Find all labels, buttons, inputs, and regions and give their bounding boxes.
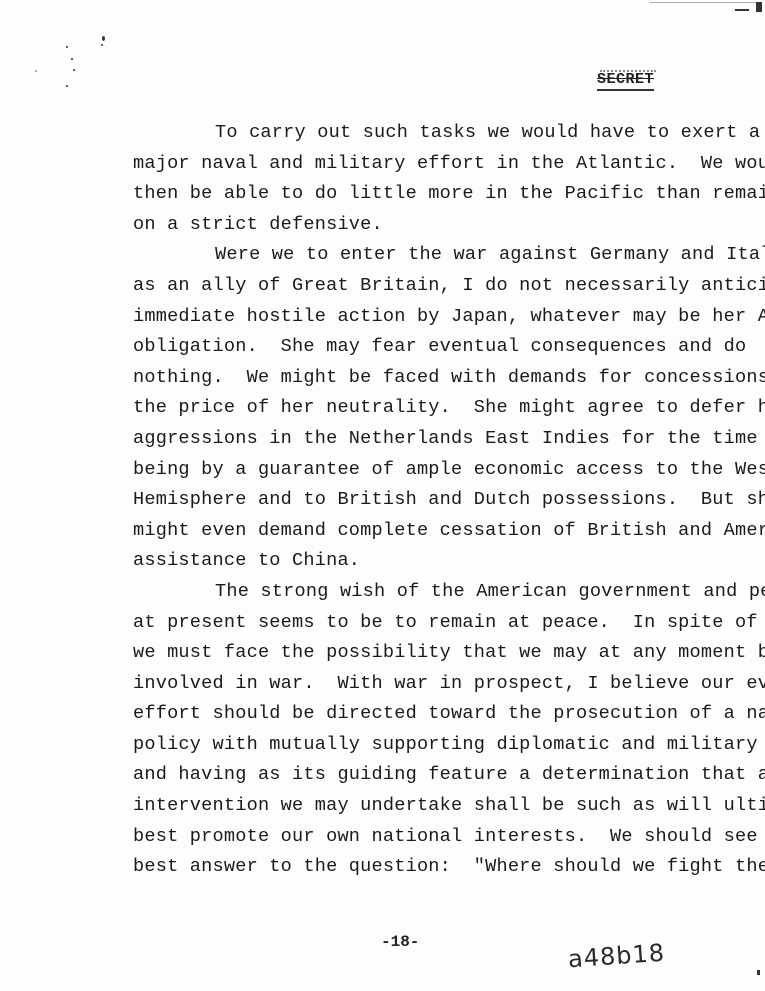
- scan-corner-mark: [756, 2, 762, 12]
- paragraph: The strong wish of the American governme…: [133, 577, 723, 883]
- text-line: being by a guarantee of ample economic a…: [133, 455, 723, 486]
- scan-speck: [66, 46, 68, 48]
- scan-edge-line: [650, 2, 760, 3]
- text-line: effort should be directed toward the pro…: [133, 699, 723, 730]
- text-line: immediate hostile action by Japan, whate…: [133, 302, 723, 333]
- scan-speck: [102, 36, 105, 41]
- text-line: we must face the possibility that we may…: [133, 638, 723, 669]
- text-line: best promote our own national interests.…: [133, 822, 723, 853]
- text-line: at present seems to be to remain at peac…: [133, 608, 723, 639]
- scan-corner-mark: [735, 9, 749, 11]
- text-line: involved in war. With war in prospect, I…: [133, 669, 723, 700]
- text-line: Hemisphere and to British and Dutch poss…: [133, 485, 723, 516]
- text-line: major naval and military effort in the A…: [133, 149, 723, 180]
- text-line: Were we to enter the war against Germany…: [133, 240, 723, 271]
- text-line: and having as its guiding feature a dete…: [133, 760, 723, 791]
- text-line: best answer to the question: "Where shou…: [133, 852, 723, 883]
- scan-speck: [66, 85, 68, 87]
- text-line: the price of her neutrality. She might a…: [133, 393, 723, 424]
- text-line: intervention we may undertake shall be s…: [133, 791, 723, 822]
- page-number: -18-: [381, 933, 419, 951]
- text-line: nothing. We might be faced with demands …: [133, 363, 723, 394]
- paragraph: Were we to enter the war against Germany…: [133, 240, 723, 577]
- text-line: obligation. She may fear eventual conseq…: [133, 332, 723, 363]
- text-line: The strong wish of the American governme…: [133, 577, 723, 608]
- text-line: as an ally of Great Britain, I do not ne…: [133, 271, 723, 302]
- text-line: To carry out such tasks we would have to…: [133, 118, 723, 149]
- scan-speck: [73, 69, 75, 71]
- text-line: on a strict defensive.: [133, 210, 723, 241]
- text-line: might even demand complete cessation of …: [133, 516, 723, 547]
- scan-corner-mark: [757, 970, 760, 975]
- text-line: aggressions in the Netherlands East Indi…: [133, 424, 723, 455]
- handwritten-annotation: a48b18: [567, 939, 666, 974]
- document-body: To carry out such tasks we would have to…: [133, 118, 723, 883]
- text-line: assistance to China.: [133, 546, 723, 577]
- text-line: then be able to do little more in the Pa…: [133, 179, 723, 210]
- document-page: SECRET To carry out such tasks we would …: [0, 0, 765, 991]
- text-line: policy with mutually supporting diplomat…: [133, 730, 723, 761]
- scan-speck: [101, 44, 103, 46]
- paragraph: To carry out such tasks we would have to…: [133, 118, 723, 240]
- classification-mark: SECRET: [597, 72, 654, 91]
- scan-speck: [35, 70, 37, 72]
- scan-speck: [71, 58, 73, 60]
